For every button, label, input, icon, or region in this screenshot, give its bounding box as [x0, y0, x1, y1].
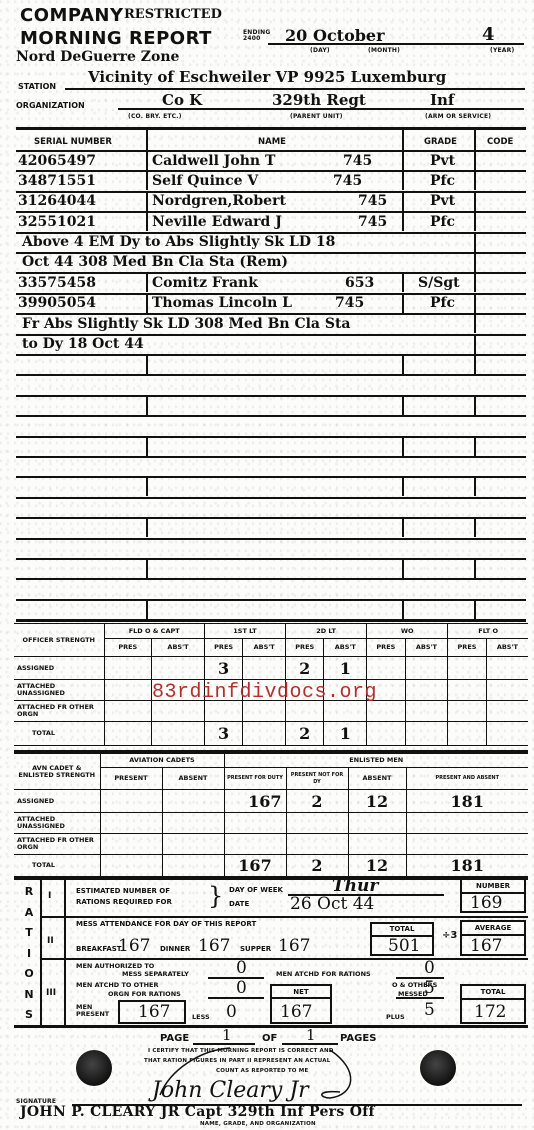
ration-date-value: 26 Oct 44 — [290, 894, 374, 914]
col-grade: GRADE — [424, 137, 457, 147]
group-aviation-cadets: AVIATION CADETS — [100, 754, 224, 768]
restricted-stamp: RESTRICTED — [124, 7, 222, 22]
serial-number: 33575458 — [18, 274, 96, 292]
caption-day: (DAY) — [310, 47, 330, 54]
men-atchd-rations-label: MEN ATCHD FOR RATIONS — [276, 970, 371, 978]
less-label: LESS — [192, 1013, 210, 1021]
subcol-present-not-for-duty: PRESENT NOT FOR DY — [286, 768, 348, 790]
officer-strength-title: OFFICER STRENGTH — [14, 624, 104, 657]
value-cell — [104, 657, 152, 680]
value-cell: 3 — [204, 722, 242, 746]
value-cell — [405, 722, 448, 746]
value-cell — [243, 657, 286, 680]
net-value: 167 — [280, 1002, 312, 1022]
breakfast-value: 167 — [118, 936, 150, 956]
net-label: NET — [270, 988, 332, 996]
enlisted-row-attached-unassigned: ATTACHED UNASSIGNED — [14, 813, 528, 834]
serial-number: 31264044 — [18, 192, 96, 210]
soldier-name: Thomas Lincoln L — [152, 294, 292, 312]
remark-line: Fr Abs Slightly Sk LD 308 Med Bn Cla Sta — [22, 315, 351, 333]
group-1st-lt: 1ST LT — [204, 624, 285, 639]
binder-hole-left — [76, 1050, 112, 1086]
day-of-week-value: Thur — [332, 876, 378, 896]
row-label: TOTAL — [14, 855, 100, 877]
subcol-abst: ABS'T — [243, 639, 286, 657]
row-label: ATTACHED FR OTHER ORGN — [14, 701, 104, 722]
title-morning-report: MORNING REPORT — [20, 28, 212, 49]
mess-attendance-label: MESS ATTENDANCE FOR DAY OF THIS REPORT — [76, 920, 256, 928]
average-label: AVERAGE — [460, 924, 526, 932]
subcol-abst: ABS'T — [324, 639, 367, 657]
absent-value: 12 — [348, 790, 406, 813]
org-company: Co K — [162, 91, 202, 109]
grade: Pfc — [430, 213, 455, 231]
men-authorized-label-2: MESS SEPARATELY — [122, 970, 189, 978]
group-fld-o-capt: FLD O & CAPT — [104, 624, 204, 639]
mess-total-label: TOTAL — [370, 925, 434, 933]
binder-hole-right — [420, 1050, 456, 1086]
remark-line: to Dy 18 Oct 44 — [22, 335, 144, 353]
col-code: CODE — [487, 137, 513, 147]
section-iii-number: III — [46, 988, 56, 998]
present-for-duty-total: 167 — [224, 855, 286, 877]
enlisted-row-assigned: ASSIGNED 167 2 12 181 — [14, 790, 528, 813]
men-authorized-label-1: MEN AUTHORIZED TO — [76, 962, 154, 970]
plus-value: 5 — [424, 1000, 435, 1020]
subcol-pres: PRES — [104, 639, 152, 657]
soldier-name: Self Quince V — [152, 172, 258, 190]
estimated-rations-label-2: RATIONS REQUIRED FOR — [76, 898, 172, 906]
subcol-pres: PRES — [204, 639, 242, 657]
zone-text: Nord DeGuerre Zone — [16, 49, 179, 65]
morning-report-document: COMPANY RESTRICTED MORNING REPORT ENDING… — [0, 0, 534, 1130]
mess-separately-value: 0 — [236, 958, 247, 978]
value-cell — [152, 657, 205, 680]
rations-total-label: TOTAL — [460, 988, 526, 996]
soldier-name: Comitz Frank — [152, 274, 258, 292]
value-cell — [486, 722, 528, 746]
subcol-abst: ABS'T — [152, 639, 205, 657]
row-label: ASSIGNED — [14, 657, 104, 680]
mos-code: 653 — [345, 274, 374, 292]
mess-total-value: 501 — [388, 936, 420, 956]
section-i-number: I — [48, 891, 51, 901]
day-of-week-label: DAY OF WEEK — [229, 886, 283, 894]
supper-value: 167 — [278, 936, 310, 956]
subcol-present-for-duty: PRESENT FOR DUTY — [224, 768, 286, 790]
group-flt-o: FLT O — [448, 624, 528, 639]
subcol-present: PRESENT — [100, 768, 162, 790]
value-cell — [104, 722, 152, 746]
mos-code: 745 — [335, 294, 364, 312]
signer-name-grade-org: JOHN P. CLEARY JR Capt 329th Inf Pers Of… — [20, 1104, 375, 1120]
col-serial-number: SERIAL NUMBER — [34, 137, 112, 147]
serial-number: 39905054 — [18, 294, 96, 312]
soldier-name: Neville Edward J — [152, 213, 282, 231]
subcol-abst: ABS'T — [405, 639, 448, 657]
group-wo: WO — [367, 624, 448, 639]
enlisted-row-attached-other: ATTACHED FR OTHER ORGN — [14, 834, 528, 855]
divide-by-three: ÷3 — [442, 930, 457, 941]
less-value: 0 — [226, 1002, 237, 1022]
value-cell — [162, 855, 224, 877]
subcol-present-and-absent: PRESENT AND ABSENT — [406, 768, 528, 790]
grade: Pvt — [430, 152, 455, 170]
station-label: STATION — [18, 82, 56, 91]
present-and-absent-value: 181 — [406, 790, 528, 813]
report-year: 4 — [482, 24, 495, 45]
men-present-value: 167 — [138, 1002, 170, 1022]
number-label: NUMBER — [460, 882, 526, 890]
group-enlisted-men: ENLISTED MEN — [224, 754, 528, 768]
date-label: DATE — [229, 900, 249, 908]
soldier-name: Nordgren,Robert — [152, 192, 286, 210]
value-cell — [405, 657, 448, 680]
value-cell: 1 — [324, 722, 367, 746]
value-cell: 2 — [286, 657, 324, 680]
dinner-value: 167 — [198, 936, 230, 956]
ending-label: ENDING 2400 — [243, 30, 267, 42]
watermark-text: 83rdinfdivdocs.org — [152, 681, 377, 704]
mos-code: 745 — [358, 213, 387, 231]
remark-line: Above 4 EM Dy to Abs Slightly Sk LD 18 — [22, 233, 335, 251]
value-cell — [152, 722, 205, 746]
value-cell — [162, 790, 224, 813]
org-parent-unit: 329th Regt — [272, 91, 366, 109]
grade: S/Sgt — [418, 274, 460, 292]
mos-code: 745 — [343, 152, 372, 170]
caption-month: (MONTH) — [368, 47, 400, 54]
mos-code: 745 — [333, 172, 362, 190]
enlisted-row-total: TOTAL 167 2 12 181 — [14, 855, 528, 877]
present-not-for-duty-value: 2 — [286, 790, 348, 813]
present-for-duty-value: 167 — [224, 790, 286, 813]
value-cell — [100, 855, 162, 877]
org-caption-parent: (PARENT UNIT) — [290, 113, 343, 120]
dinner-label: DINNER — [160, 945, 190, 953]
group-2d-lt: 2D LT — [286, 624, 367, 639]
org-caption-company: (CO. BRY. ETC.) — [128, 113, 182, 120]
average-value: 167 — [470, 936, 502, 956]
value-cell — [243, 722, 286, 746]
officer-row-assigned: ASSIGNED 3 2 1 — [14, 657, 528, 680]
soldier-name: Caldwell John T — [152, 152, 275, 170]
value-cell — [367, 722, 405, 746]
supper-label: SUPPER — [240, 945, 271, 953]
title-company: COMPANY — [20, 5, 124, 26]
value-cell: 1 — [324, 657, 367, 680]
value-cell — [448, 722, 486, 746]
plus-label: PLUS — [386, 1013, 405, 1021]
value-cell — [367, 657, 405, 680]
value-cell: 2 — [286, 722, 324, 746]
grade: Pfc — [430, 172, 455, 190]
breakfast-label: BREAKFAST — [76, 945, 122, 953]
row-label: ATTACHED FR OTHER ORGN — [14, 834, 100, 855]
org-arm: Inf — [430, 91, 454, 109]
enlisted-strength-title: AVN CADET & ENLISTED STRENGTH — [14, 754, 100, 790]
subcol-absent-em: ABSENT — [348, 768, 406, 790]
men-atchd-other-label-2: ORGN FOR RATIONS — [108, 990, 181, 998]
men-atchd-rations-value: 0 — [424, 958, 435, 978]
o-others-value: 5 — [424, 978, 435, 998]
signature-flourish-icon — [140, 1040, 370, 1100]
enlisted-strength-table: AVN CADET & ENLISTED STRENGTH AVIATION C… — [14, 753, 528, 877]
value-cell — [486, 657, 528, 680]
value-cell: 3 — [204, 657, 242, 680]
signer-caption: NAME, GRADE, AND ORGANIZATION — [200, 1121, 316, 1127]
serial-number: 34871551 — [18, 172, 96, 190]
caption-year: (YEAR) — [490, 47, 514, 54]
officer-row-total: TOTAL 3 2 1 — [14, 722, 528, 746]
station-value: Vicinity of Eschweiler VP 9925 Luxemburg — [88, 68, 446, 86]
present-not-for-duty-total: 2 — [286, 855, 348, 877]
rations-side-label: R A T I O N S — [23, 882, 35, 1026]
rations-total-value: 172 — [474, 1002, 506, 1022]
organization-label: ORGANIZATION — [16, 101, 85, 110]
subcol-pres: PRES — [448, 639, 486, 657]
row-label: ASSIGNED — [14, 790, 100, 813]
grade: Pvt — [430, 192, 455, 210]
men-present-label: MEN PRESENT — [76, 1004, 116, 1018]
serial-number: 42065497 — [18, 152, 96, 170]
subcol-absent: ABSENT — [162, 768, 224, 790]
subcol-pres: PRES — [367, 639, 405, 657]
section-ii-number: II — [47, 936, 54, 946]
subcol-abst: ABS'T — [486, 639, 528, 657]
subcol-pres: PRES — [286, 639, 324, 657]
estimated-rations-label-1: ESTIMATED NUMBER OF — [76, 887, 170, 895]
remark-line: Oct 44 308 Med Bn Cla Sta (Rem) — [22, 253, 288, 271]
org-caption-arm: (ARM OR SERVICE) — [425, 113, 491, 120]
men-atchd-other-label-1: MEN ATCHD TO OTHER — [76, 981, 159, 989]
row-label: ATTACHED UNASSIGNED — [14, 680, 104, 701]
row-label: ATTACHED UNASSIGNED — [14, 813, 100, 834]
ration-number-value: 169 — [470, 893, 502, 913]
row-label: TOTAL — [14, 722, 104, 746]
grade: Pfc — [430, 294, 455, 312]
serial-number: 32551021 — [18, 213, 96, 231]
absent-total: 12 — [348, 855, 406, 877]
col-name: NAME — [258, 137, 286, 147]
atchd-other-value: 0 — [236, 978, 247, 998]
mos-code: 745 — [358, 192, 387, 210]
value-cell — [100, 790, 162, 813]
present-and-absent-total: 181 — [406, 855, 528, 877]
value-cell — [448, 657, 486, 680]
